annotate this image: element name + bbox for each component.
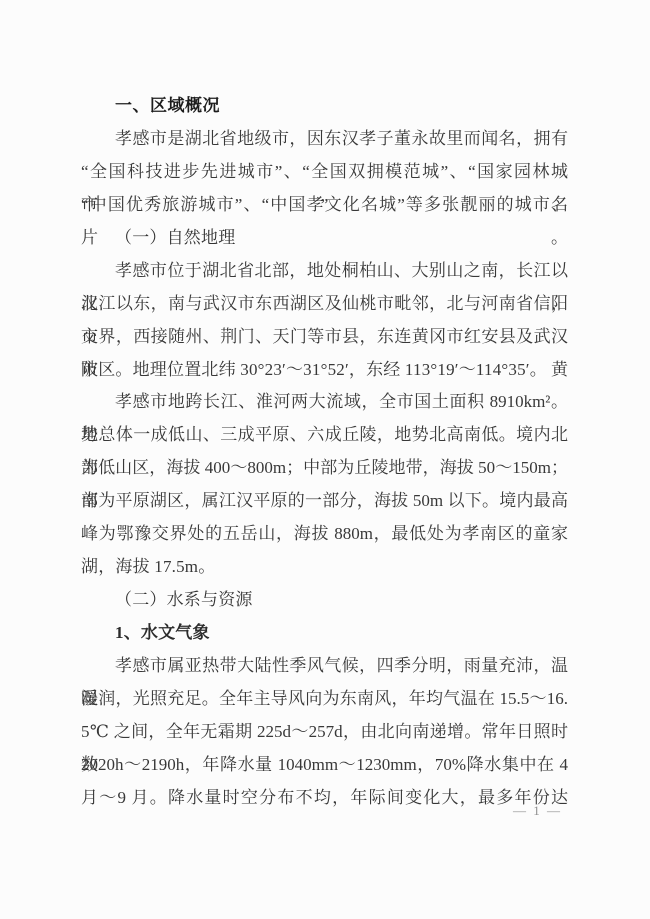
body-line: 孝感市属亚热带大陆性季风气候，四季分明，雨量充沛，温暖: [81, 650, 568, 683]
body-line: 峰为鄂豫交界处的五岳山，海拔 880m，最低处为孝南区的童家: [81, 518, 568, 551]
body-line: 5℃ 之间，全年无霜期 225d～257d，由北向南递增。常年日照时数: [81, 716, 568, 749]
body-line: 陂区。地理位置北纬 30°23′～31°52′，东经 113°19′～114°3…: [81, 354, 568, 387]
body-line: 湖，海拔 17.5m。: [81, 551, 568, 584]
body-line: 孝感市地跨长江、淮河两大流域，全市国土面积 8910km²。地: [81, 386, 568, 419]
body-line: “中国优秀旅游城市”、“中国孝文化名城”等多张靓丽的城市名片。: [81, 189, 568, 222]
subsection-heading: （二）水系与资源: [81, 584, 568, 617]
section-heading: 一、区域概况: [81, 90, 568, 123]
body-line: 交界，西接随州、荆门、天门等市县，东连黄冈市红安县及武汉市黄: [81, 321, 568, 354]
body-line: 部为平原湖区，属江汉平原的一部分，海拔 50m 以下。境内最高: [81, 485, 568, 518]
document-body: 一、区域概况孝感市是湖北省地级市，因东汉孝子董永故里而闻名，拥有“全国科技进步先…: [81, 90, 568, 815]
body-line: 2020h～2190h，年降水量 1040mm～1230mm，70%降水集中在 …: [81, 749, 568, 782]
body-line: 为低山区，海拔 400～800m；中部为丘陵地带，海拔 50～150m；南: [81, 452, 568, 485]
body-line: 湿润，光照充足。全年主导风向为东南风，年均气温在 15.5～16.: [81, 683, 568, 716]
body-line: 汉江以东，南与武汉市东西湖区及仙桃市毗邻，北与河南省信阳市: [81, 288, 568, 321]
sub-subsection-heading: 1、水文气象: [81, 617, 568, 650]
body-line: 孝感市是湖北省地级市，因东汉孝子董永故里而闻名，拥有: [81, 123, 568, 156]
body-line: “全国科技进步先进城市”、“全国双拥模范城”、“国家园林城市”、: [81, 156, 568, 189]
document-page: 一、区域概况孝感市是湖北省地级市，因东汉孝子董永故里而闻名，拥有“全国科技进步先…: [0, 0, 650, 919]
body-line: 孝感市位于湖北省北部，地处桐柏山、大别山之南，长江以北，: [81, 255, 568, 288]
page-number: — 1 —: [81, 803, 562, 819]
body-line: 势总体一成低山、三成平原、六成丘陵，地势北高南低。境内北部: [81, 419, 568, 452]
